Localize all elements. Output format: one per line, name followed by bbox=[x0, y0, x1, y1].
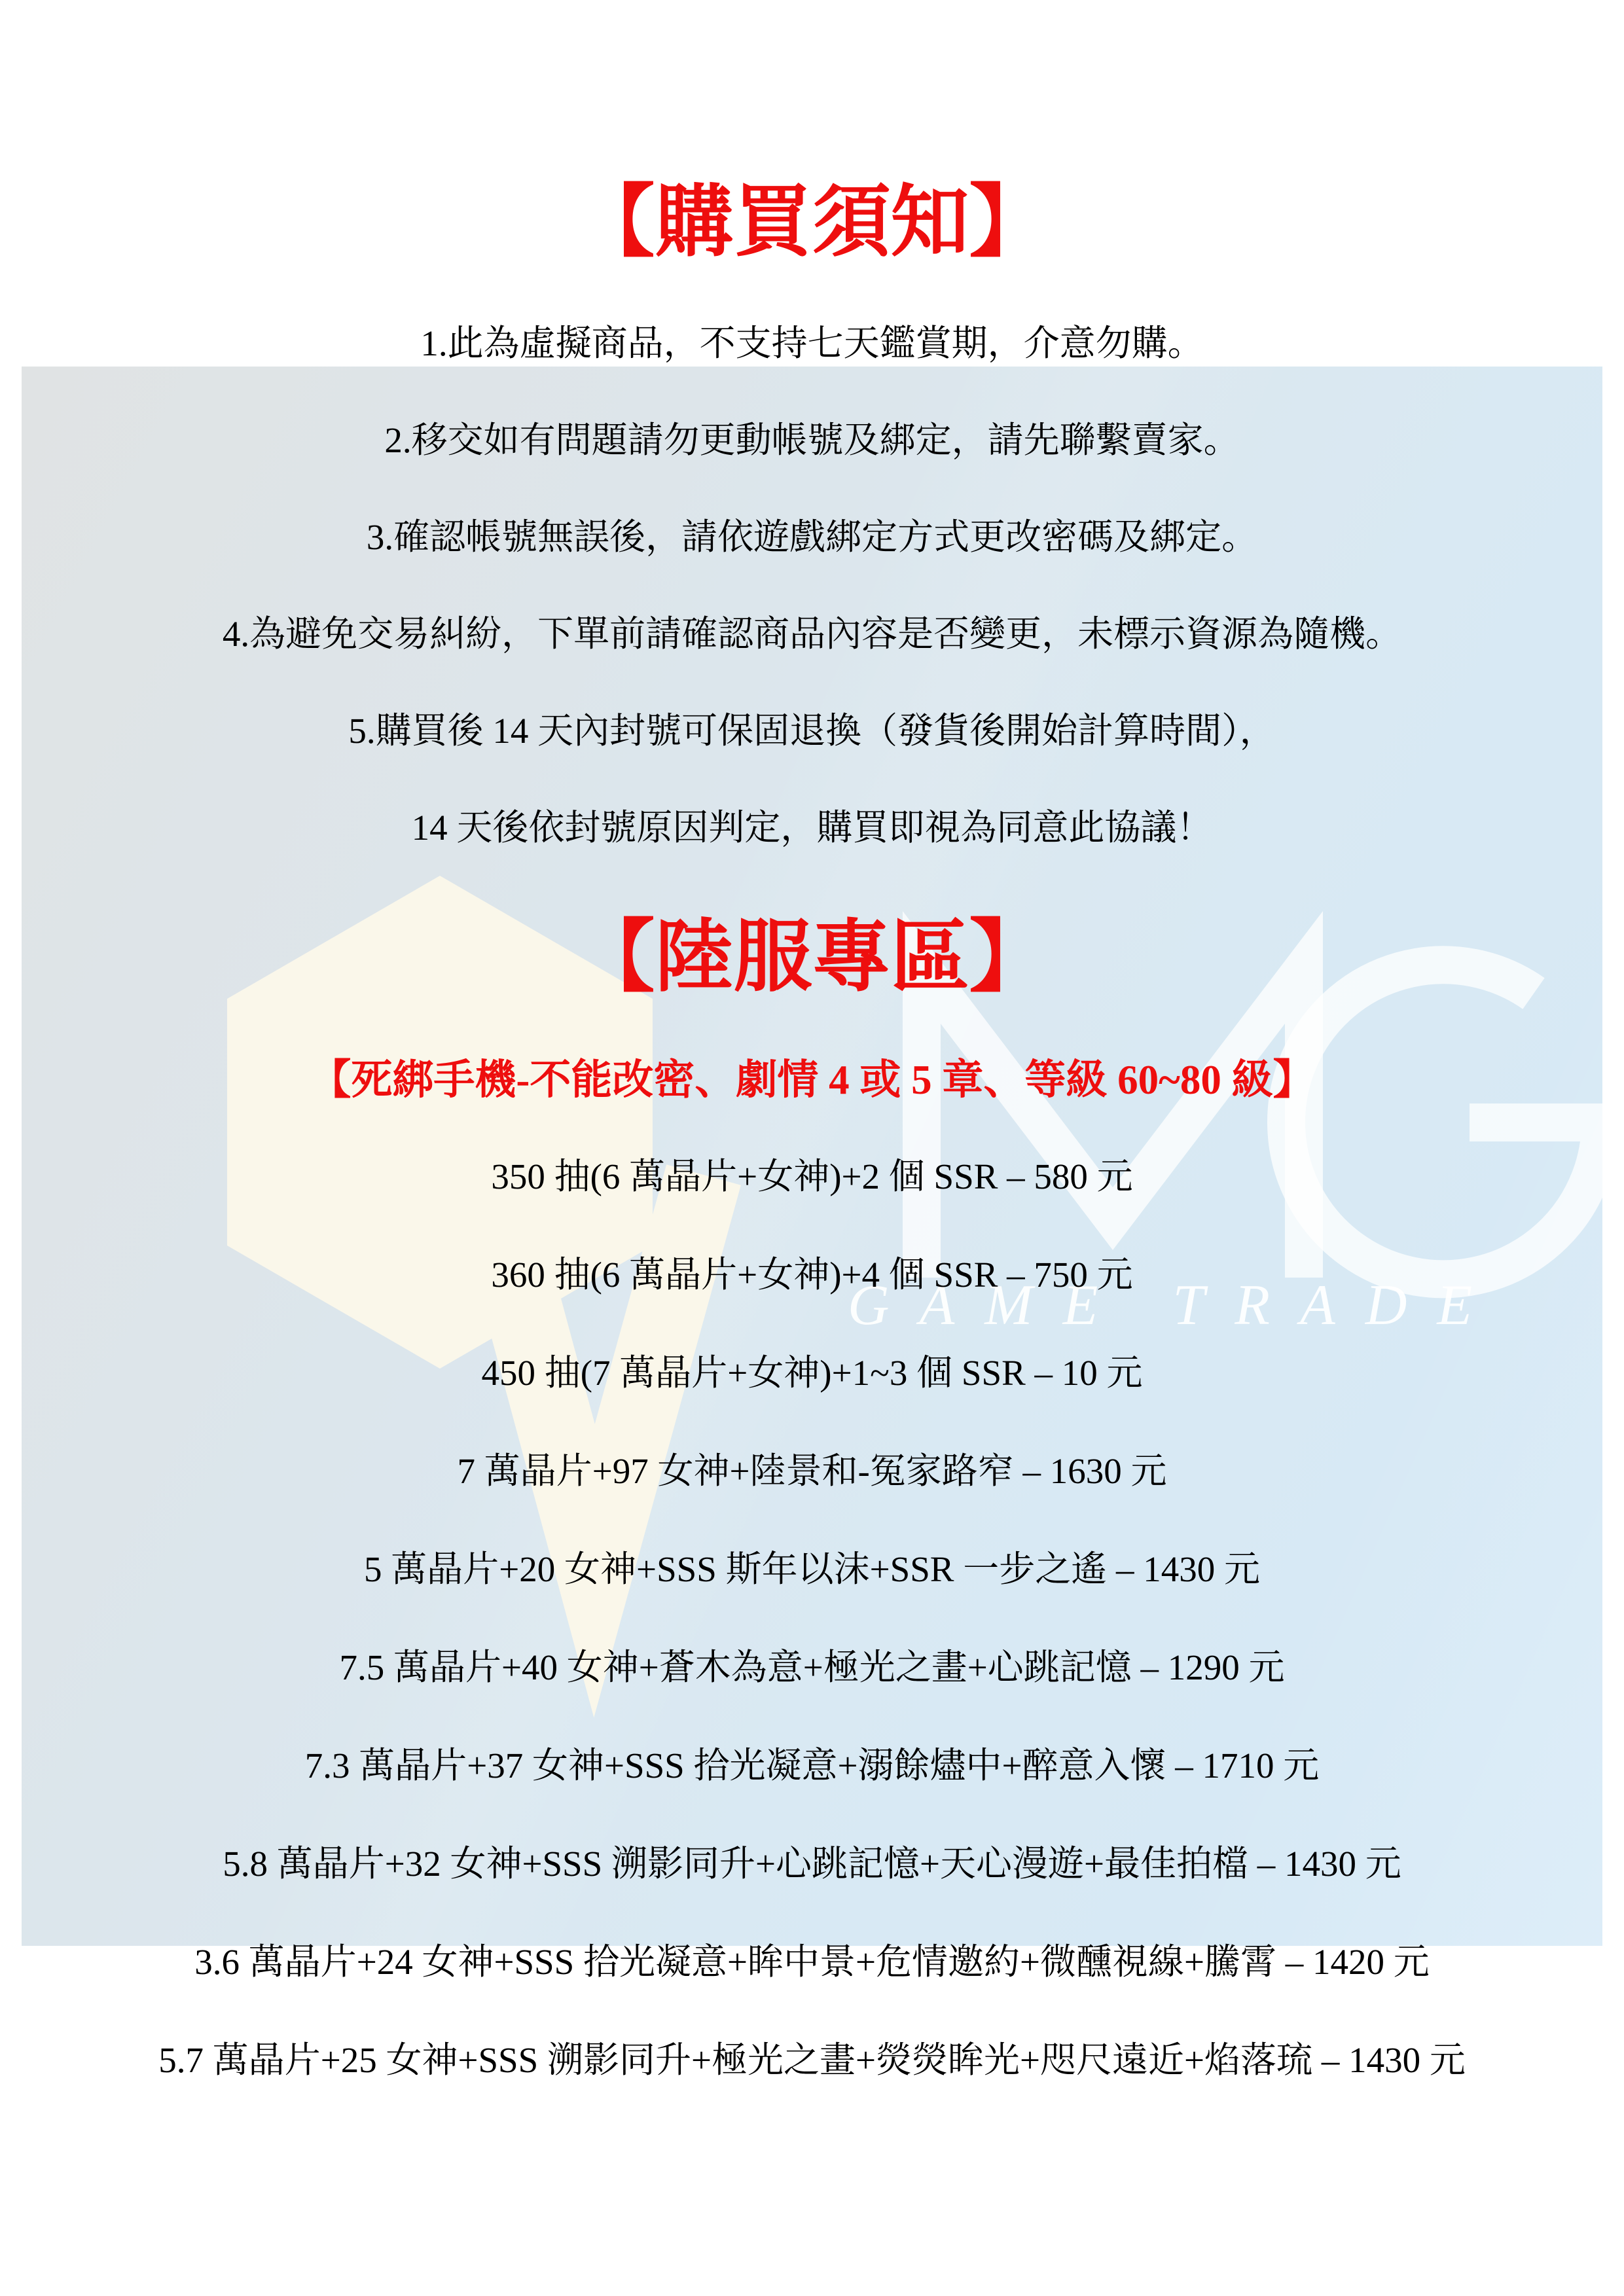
notice-line-5: 5.購買後 14 天內封號可保固退換（發貨後開始計算時間）， bbox=[0, 706, 1624, 756]
product-line-4: 7 萬晶片+97 女神+陸景和-冤家路窄 – 1630 元 bbox=[0, 1446, 1624, 1496]
section-subtitle: 【死綁手機-不能改密、劇情 4 或 5 章、等級 60~80 級】 bbox=[0, 1052, 1624, 1107]
product-line-6: 7.5 萬晶片+40 女神+蒼木為意+極光之畫+心跳記憶 – 1290 元 bbox=[0, 1643, 1624, 1693]
notice-line-6: 14 天後依封號原因判定，購買即視為同意此協議！ bbox=[0, 803, 1624, 853]
notice-line-1: 1.此為虛擬商品，不支持七天鑑賞期，介意勿購。 bbox=[0, 319, 1624, 368]
document-page: GAME TRADE 【購買須知】 1.此為虛擬商品，不支持七天鑑賞期，介意勿購… bbox=[0, 0, 1624, 2296]
notice-line-4: 4.為避免交易糾紛，下單前請確認商品內容是否變更，未標示資源為隨機。 bbox=[0, 609, 1624, 659]
product-line-7: 7.3 萬晶片+37 女神+SSS 拾光凝意+溺餘燼中+醉意入懷 – 1710 … bbox=[0, 1741, 1624, 1791]
product-line-9: 3.6 萬晶片+24 女神+SSS 拾光凝意+眸中景+危情邀約+微醺視線+騰霄 … bbox=[0, 1937, 1624, 1987]
product-line-8: 5.8 萬晶片+32 女神+SSS 溯影同升+心跳記憶+天心漫遊+最佳拍檔 – … bbox=[0, 1839, 1624, 1889]
notice-line-2: 2.移交如有問題請勿更動帳號及綁定，請先聯繫賣家。 bbox=[0, 416, 1624, 465]
product-line-1: 350 抽(6 萬晶片+女神)+2 個 SSR – 580 元 bbox=[0, 1152, 1624, 1202]
page-title: 【購買須知】 bbox=[0, 173, 1624, 272]
product-line-5: 5 萬晶片+20 女神+SSS 斯年以沫+SSR 一步之遙 – 1430 元 bbox=[0, 1545, 1624, 1594]
product-line-3: 450 抽(7 萬晶片+女神)+1~3 個 SSR – 10 元 bbox=[0, 1348, 1624, 1398]
product-line-2: 360 抽(6 萬晶片+女神)+4 個 SSR – 750 元 bbox=[0, 1250, 1624, 1300]
product-line-10: 5.7 萬晶片+25 女神+SSS 溯影同升+極光之畫+熒熒眸光+咫尺遠近+焰落… bbox=[0, 2036, 1624, 2085]
notice-line-3: 3.確認帳號無誤後，請依遊戲綁定方式更改密碼及綁定。 bbox=[0, 512, 1624, 562]
section-title: 【陸服專區】 bbox=[0, 908, 1624, 1007]
